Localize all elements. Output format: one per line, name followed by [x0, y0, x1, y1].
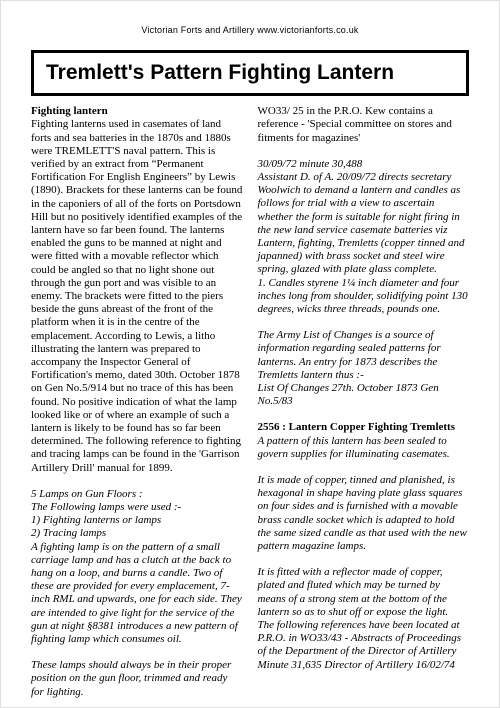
intro-paragraph: Fighting lanterns used in casemates of l…	[31, 118, 243, 474]
content-columns: Fighting lantern Fighting lanterns used …	[31, 105, 469, 699]
sealed-pattern-paragraph: A pattern of this lantern has been seale…	[258, 435, 470, 461]
document-page: Victorian Forts and Artillery www.victor…	[0, 0, 500, 708]
closing-paragraph: These lamps should always be in their pr…	[31, 659, 243, 699]
candles-line: 1. Candles styrene 1¼ inch diameter and …	[258, 277, 470, 317]
assistant-paragraph: Assistant D. of A. 20/09/72 directs secr…	[258, 171, 470, 237]
left-column: Fighting lantern Fighting lanterns used …	[31, 105, 243, 699]
fighting-lantern-heading: Fighting lantern	[31, 105, 243, 118]
list-of-changes-line: List Of Changes 27th. October 1873 Gen N…	[258, 382, 470, 408]
army-list-paragraph: The Army List of Changes is a source of …	[258, 329, 470, 382]
entry-2556-heading: 2556 : Lantern Copper Fighting Tremletts	[258, 421, 470, 434]
fighting-lamp-paragraph: A fighting lamp is on the pattern of a s…	[31, 541, 243, 647]
lamps-list-title: 5 Lamps on Gun Floors :	[31, 488, 243, 501]
lamps-list-intro: The Following lamps were used :-	[31, 501, 243, 514]
minute-30488-line: 30/09/72 minute 30,488	[258, 158, 470, 171]
references-paragraph: The following references have been locat…	[258, 619, 470, 659]
lamps-list-item-1: 1) Fighting lanterns or lamps	[31, 514, 243, 527]
final-minute-line: Minute 31,635 Director of Artillery 16/0…	[258, 659, 470, 672]
construction-paragraph: It is made of copper, tinned and planish…	[258, 474, 470, 553]
lamps-list-item-2: 2) Tracing lamps	[31, 527, 243, 540]
wo33-reference-paragraph: WO33/ 25 in the P.R.O. Kew contains a re…	[258, 105, 470, 145]
page-title: Tremlett's Pattern Fighting Lantern	[46, 61, 454, 84]
lantern-description-line: Lantern, fighting, Tremletts (copper tin…	[258, 237, 470, 277]
title-box: Tremlett's Pattern Fighting Lantern	[31, 50, 469, 96]
site-header: Victorian Forts and Artillery www.victor…	[1, 1, 499, 35]
right-column: WO33/ 25 in the P.R.O. Kew contains a re…	[258, 105, 470, 699]
reflector-paragraph: It is fitted with a reflector made of co…	[258, 566, 470, 619]
